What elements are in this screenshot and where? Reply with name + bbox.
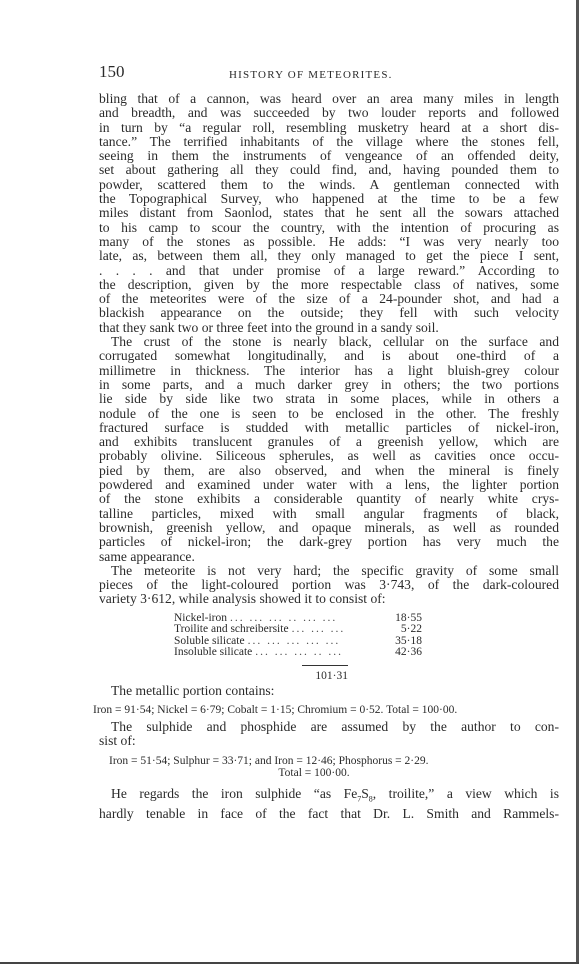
metallic-intro: The metallic portion contains: xyxy=(99,684,559,698)
text-line: the Topographical Survey, who happened a… xyxy=(99,192,559,206)
paragraph-sulphide: The sulphide and phosphide are assumed b… xyxy=(99,720,559,749)
analysis-value: 5·22 xyxy=(384,624,422,636)
analysis-row: Troilite and schreibersite... ... ...5·2… xyxy=(174,624,422,636)
text-line: millimetre in thickness. The interior ha… xyxy=(99,364,559,378)
analysis-row: Insoluble silicate... ... ... .. ...42·3… xyxy=(174,647,422,659)
text-line: corrugated somewhat longitudinally, and … xyxy=(99,349,559,363)
leader-dots: ... ... ... xyxy=(289,624,384,636)
text-line: powder, scattered them to the winds. A g… xyxy=(99,178,559,192)
sulphide-total: Total = 100·00. xyxy=(69,767,559,779)
text-line: of the stone exhibits a considerable qua… xyxy=(99,492,559,506)
text-line: many of the stones as possible. He adds:… xyxy=(99,235,559,249)
text-line: The crust of the stone is nearly black, … xyxy=(99,335,559,349)
metallic-formula: Iron = 91·54; Nickel = 6·79; Cobalt = 1·… xyxy=(93,704,559,716)
text-line: fractured surface is studded with metall… xyxy=(99,421,559,435)
text-line: pied by them, are also observed, and whe… xyxy=(99,464,559,478)
troilite-line-2: hardly tenable in face of the fact that … xyxy=(99,807,559,821)
analysis-table: Nickel-iron... ... ... .. ... ...18·55Tr… xyxy=(174,613,422,659)
running-head: 150 HISTORY OF METEORITES. xyxy=(99,62,559,92)
text-line: same appearance. xyxy=(99,550,559,564)
text-line: bling that of a cannon, was heard over a… xyxy=(99,92,559,106)
analysis-label: Insoluble silicate xyxy=(174,647,252,659)
text-line: miles distant from Saonlod, states that … xyxy=(99,206,559,220)
text-line: powdered and examined under water with a… xyxy=(99,478,559,492)
text-line: variety 3·612, while analysis showed it … xyxy=(99,592,559,606)
text-line: set about gathering all they could find,… xyxy=(99,163,559,177)
text-line: pieces of the light-coloured portion was… xyxy=(99,578,559,592)
text-line: and exhibits translucent granules of a g… xyxy=(99,435,559,449)
text-line: to his camp to scour the country, with t… xyxy=(99,221,559,235)
text-line: in some parts, and a much darker grey in… xyxy=(99,378,559,392)
paragraph-crust-description: The crust of the stone is nearly black, … xyxy=(99,335,559,564)
text-line: . . . . and that under promise of a larg… xyxy=(99,264,559,278)
paragraph-troilite: He regards the iron sulphide “as Fe7S8, … xyxy=(99,787,559,821)
troilite-line-1: He regards the iron sulphide “as Fe7S8, … xyxy=(99,787,559,807)
sulphide-line-1: The sulphide and phosphide are assumed b… xyxy=(99,720,559,734)
sulphide-line-2: sist of: xyxy=(99,734,559,748)
text-line: brownish, greenish yellow, and opaque mi… xyxy=(99,521,559,535)
text-line: the description, given by the more respe… xyxy=(99,278,559,292)
text-line: probably olivine. Siliceous spherules, a… xyxy=(99,449,559,463)
book-page: 150 HISTORY OF METEORITES. bling that of… xyxy=(99,62,559,821)
sulphide-formula: Iron = 51·54; Sulphur = 33·71; and Iron … xyxy=(109,755,559,767)
text-line: particles of nickel-iron; the dark-grey … xyxy=(99,535,559,549)
analysis-label: Troilite and schreibersite xyxy=(174,624,289,636)
text-line: lie side by side like two strata in some… xyxy=(99,392,559,406)
running-title: HISTORY OF METEORITES. xyxy=(229,69,393,81)
analysis-value: 42·36 xyxy=(384,647,422,659)
text-line: and breadth, and was succeeded by two lo… xyxy=(99,106,559,120)
text-line: of the meteorites were of the size of a … xyxy=(99,292,559,306)
text-line: tance.” The terrified inhabitants of the… xyxy=(99,135,559,149)
leader-dots: ... ... ... ... ... xyxy=(245,636,384,648)
analysis-total: 101·31 xyxy=(300,670,348,682)
text-line: late, as, between them all, they only ma… xyxy=(99,249,559,263)
leader-dots: ... ... ... .. ... xyxy=(252,647,384,659)
text-line: blackish appearance on the outside; they… xyxy=(99,306,559,320)
text-line: that they sank two or three feet into th… xyxy=(99,321,559,335)
text-line: The meteorite is not very hard; the spec… xyxy=(99,564,559,578)
text-line: seeing in them the instruments of vengea… xyxy=(99,149,559,163)
paragraph-fall-account: bling that of a cannon, was heard over a… xyxy=(99,92,559,335)
table-total-rule xyxy=(302,665,348,666)
paragraph-specific-gravity: The meteorite is not very hard; the spec… xyxy=(99,564,559,607)
text-line: talline particles, mixed with small angu… xyxy=(99,507,559,521)
text-line: nodule of the one is seen to be enclosed… xyxy=(99,407,559,421)
text-line: in turn by “a regular roll, resembling m… xyxy=(99,121,559,135)
page-number: 150 xyxy=(99,62,125,82)
